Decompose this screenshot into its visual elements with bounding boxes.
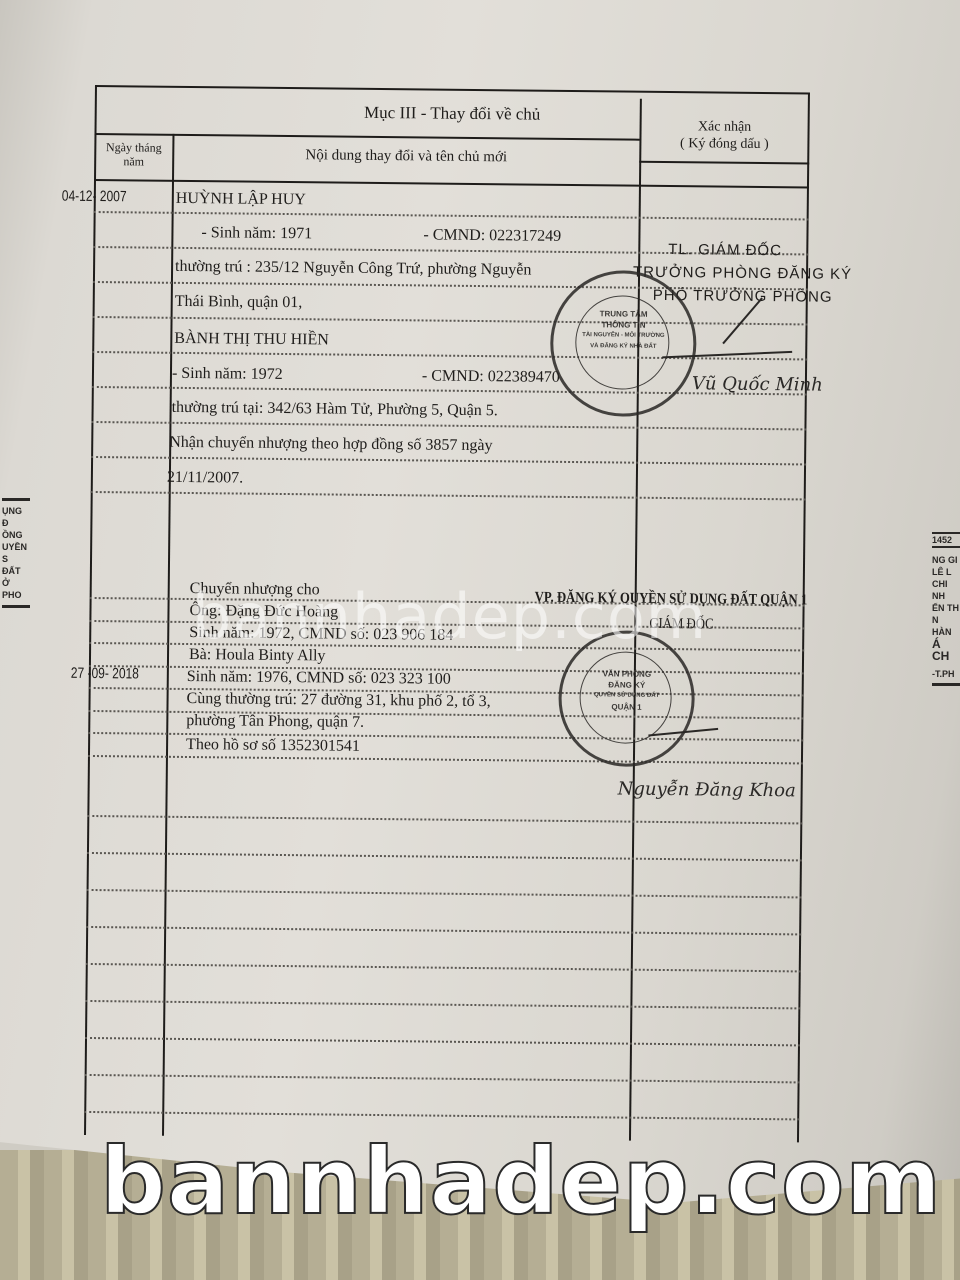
owner-address: thường trú : 235/12 Nguyễn Công Trứ, phư…	[175, 258, 531, 280]
owner-birth-year: - Sinh năm: 1971	[201, 224, 312, 243]
ruled-line	[91, 421, 806, 430]
ruled-line	[88, 754, 803, 763]
ruled-line	[94, 211, 809, 220]
ruled-line	[85, 1037, 800, 1046]
left-stamp-text: ỒNG	[2, 529, 30, 541]
co-owner-name: BÀNH THỊ THU HIỀN	[174, 330, 329, 350]
owner-id-number: - CMND: 022317249	[423, 226, 561, 245]
ruled-line	[84, 1111, 799, 1120]
confirm-header-line: Xác nhận	[640, 118, 810, 137]
buyers-address-cont: phường Tân Phong, quận 7.	[186, 712, 364, 732]
right-stamp-text: ẾN TH	[932, 602, 960, 614]
signer-name: Nguyễn Đăng Khoa	[618, 779, 796, 802]
transfer-note: Nhận chuyển nhượng theo hợp đồng số 3857…	[169, 434, 492, 455]
ruled-line	[91, 456, 806, 465]
entry-date: 27 -09- 2018	[71, 665, 139, 683]
left-stamp-text: UYỀN S	[2, 541, 30, 565]
title-divider	[94, 133, 639, 141]
ruled-line	[91, 491, 806, 500]
ruled-line	[87, 815, 802, 824]
stamp-text: VÀ ĐĂNG KÝ NHÀ ĐẤT	[553, 341, 693, 353]
confirm-line: TRƯỞNG PHÒNG ĐĂNG KÝ	[633, 264, 852, 283]
confirm-line: TL. GIÁM ĐỐC	[668, 241, 782, 259]
ruled-line	[87, 852, 802, 861]
ruled-line	[86, 963, 801, 972]
owner-address-cont: Thái Bình, quận 01,	[175, 293, 303, 312]
stamp-text: QUẬN 1	[561, 701, 691, 713]
watermark-center: bannhadep.com	[192, 580, 707, 653]
right-stamp-text: NG GI	[932, 554, 960, 566]
left-stamp-text: ĐẤT Ở	[2, 565, 30, 589]
owner-name: HUỲNH LẬP HUY	[176, 190, 306, 209]
document-page: ỤNG Đ ỒNG UYỀN S ĐẤT Ở PHO 1452 NG GI LÊ…	[0, 0, 960, 1280]
date-column-header: Ngày tháng năm	[96, 140, 171, 169]
right-stamp-text: CHI NH	[932, 578, 960, 602]
entry-date: 04-12- 2007	[62, 188, 127, 206]
table-right-border	[797, 92, 810, 1142]
co-buyer-details: Sinh năm: 1976, CMND số: 023 323 100	[187, 668, 451, 689]
watermark-footer: bannhadep.com	[100, 1128, 942, 1235]
confirm-header-divider	[639, 161, 809, 165]
ruled-line	[85, 1000, 800, 1009]
confirm-column-header: Xác nhận ( Ký đóng dấu )	[639, 118, 809, 154]
official-stamp-2007: TRUNG TÂM THÔNG TIN TÀI NGUYÊN - MÔI TRƯ…	[550, 270, 698, 418]
right-stamp-text: Á CH	[932, 638, 960, 662]
signer-name: Vũ Quốc Minh	[692, 373, 823, 395]
co-owner-id-number: - CMND: 022389470	[422, 367, 560, 386]
right-stamp-text: LÊ L	[932, 566, 960, 578]
right-edge-stamp: 1452 NG GI LÊ L CHI NH ẾN TH N HÀN Á CH …	[932, 532, 960, 686]
co-owner-birth-year: - Sinh năm: 1972	[172, 365, 283, 384]
ruled-line	[87, 889, 802, 898]
table-top-border	[95, 85, 810, 94]
ruled-line	[85, 1074, 800, 1083]
confirm-header-line: ( Ký đóng dấu )	[639, 135, 809, 154]
left-stamp-text: ỤNG Đ	[2, 505, 30, 529]
left-stamp-text: PHO	[2, 589, 30, 601]
date-header-line: năm	[96, 154, 171, 169]
right-stamp-text: 1452	[932, 532, 960, 548]
transfer-date: 21/11/2007.	[167, 469, 243, 488]
ruled-line	[93, 316, 808, 325]
date-header-line: Ngày tháng	[96, 140, 171, 155]
header-divider	[94, 179, 809, 188]
content-column-header: Nội dung thay đổi và tên chủ mới	[176, 146, 636, 168]
table-left-border	[84, 85, 97, 1135]
co-owner-address: thường trú tại: 342/63 Hàm Tử, Phường 5,…	[172, 399, 498, 420]
right-stamp-text: N HÀN	[932, 614, 960, 638]
ruled-line	[86, 926, 801, 935]
left-edge-stamp: ỤNG Đ ỒNG UYỀN S ĐẤT Ở PHO	[2, 498, 30, 608]
buyers-address: Cùng thường trú: 27 đường 31, khu phố 2,…	[186, 690, 490, 711]
right-stamp-text: -T.PH	[932, 668, 960, 680]
file-number: Theo hồ sơ số 1352301541	[186, 736, 360, 756]
date-column-border	[162, 134, 174, 1136]
